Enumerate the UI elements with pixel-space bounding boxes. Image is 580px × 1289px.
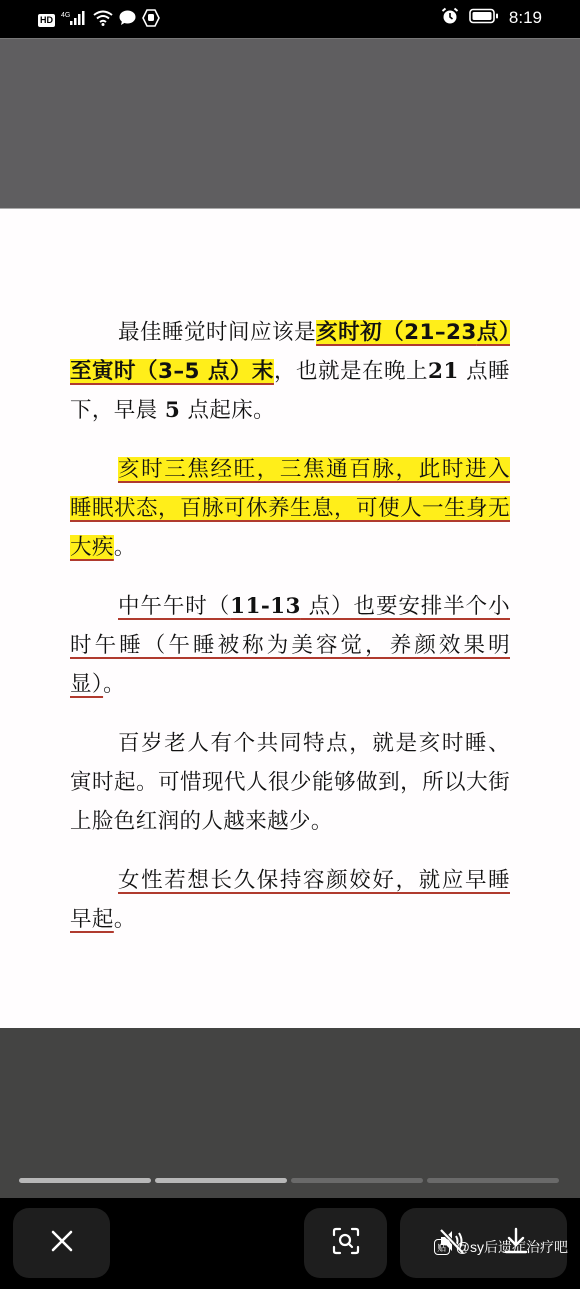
close-button[interactable] bbox=[13, 1208, 110, 1278]
close-icon bbox=[49, 1228, 75, 1258]
svg-text:4G: 4G bbox=[61, 12, 70, 19]
document-image[interactable]: 最佳睡觉时间应该是亥时初（21–23点）至寅时（3–5 点）末，也就是在晚上21… bbox=[0, 208, 580, 1028]
alarm-icon bbox=[441, 7, 459, 29]
paragraph-5: 女性若想长久保持容颜姣好，就应早睡早起。 bbox=[70, 861, 510, 939]
viewer-top-backdrop[interactable] bbox=[0, 38, 580, 208]
hd-icon: HD bbox=[38, 14, 55, 27]
wifi-icon bbox=[93, 10, 113, 30]
hand-shield-icon bbox=[142, 9, 160, 31]
watermark-text: @sy后遗症治疗吧 bbox=[456, 1237, 568, 1257]
clock: 8:19 bbox=[509, 8, 542, 28]
tieba-logo-icon: 贴 bbox=[434, 1239, 450, 1255]
progress-segment bbox=[427, 1178, 559, 1183]
progress-segment bbox=[155, 1178, 287, 1183]
status-bar: HD 4G 8:19 bbox=[0, 0, 580, 38]
scan-search-icon bbox=[332, 1227, 360, 1259]
scan-search-button[interactable] bbox=[304, 1208, 387, 1278]
paragraph-1: 最佳睡觉时间应该是亥时初（21–23点）至寅时（3–5 点）末，也就是在晚上21… bbox=[70, 313, 510, 430]
paragraph-3: 中午午时（11-13 点）也要安排半个小时午睡（午睡被称为美容觉，养颜效果明显）… bbox=[70, 587, 510, 704]
viewer-bottom-backdrop[interactable] bbox=[0, 1028, 580, 1198]
paragraph-2: 亥时三焦经旺，三焦通百脉，此时进入睡眠状态，百脉可休养生息，可使人一生身无大疾。 bbox=[70, 450, 510, 567]
progress-segment bbox=[291, 1178, 423, 1183]
paragraph-4: 百岁老人有个共同特点，就是亥时睡、寅时起。可惜现代人很少能够做到，所以大街上脸色… bbox=[70, 724, 510, 841]
image-progress-indicator bbox=[19, 1178, 559, 1183]
document-text: 最佳睡觉时间应该是亥时初（21–23点）至寅时（3–5 点）末，也就是在晚上21… bbox=[70, 313, 510, 959]
battery-icon bbox=[469, 8, 499, 28]
signal-icon: 4G bbox=[61, 10, 87, 30]
watermark: 贴 @sy后遗症治疗吧 bbox=[434, 1237, 568, 1257]
message-icon bbox=[119, 10, 136, 30]
progress-segment bbox=[19, 1178, 151, 1183]
